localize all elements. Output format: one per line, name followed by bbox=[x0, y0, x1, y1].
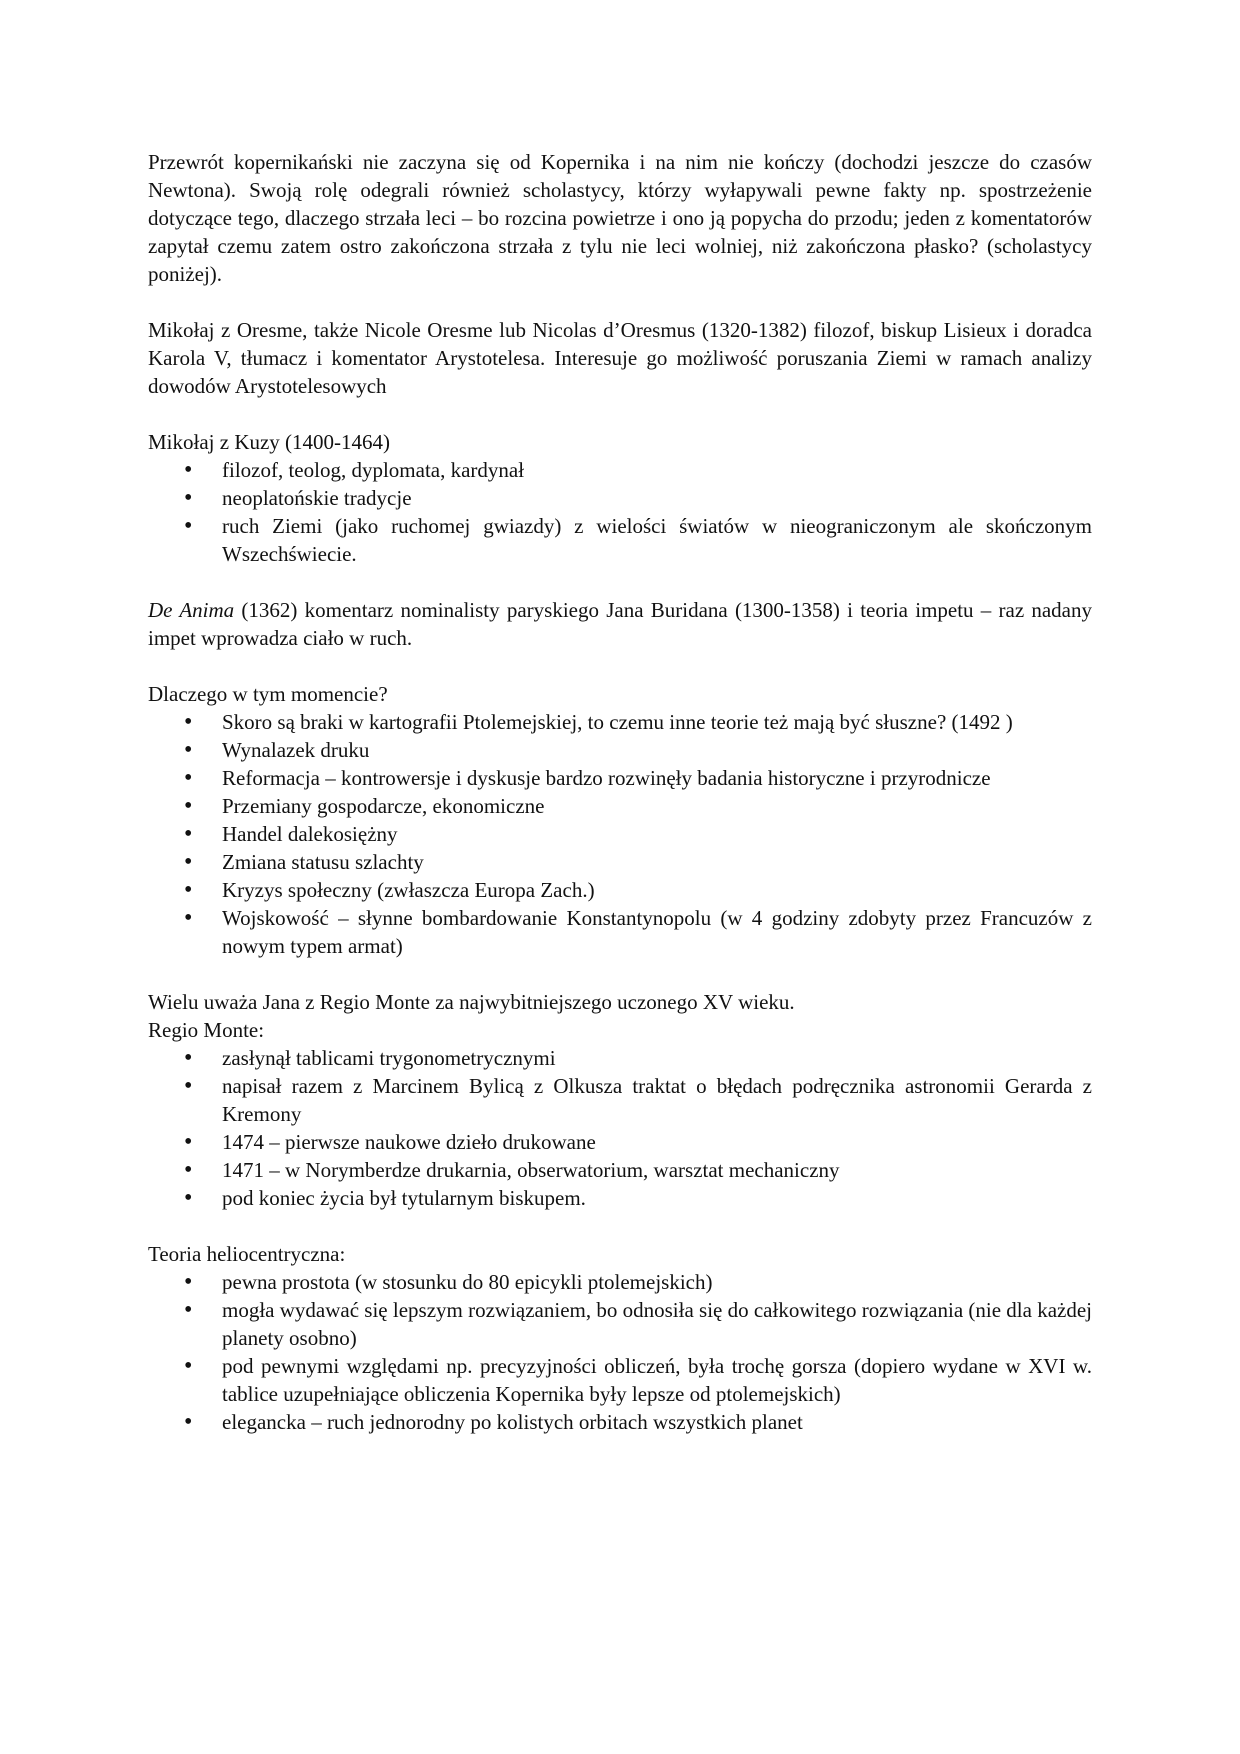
list-item: Przemiany gospodarcze, ekonomiczne bbox=[222, 792, 1092, 820]
list-item: ruch Ziemi (jako ruchomej gwiazdy) z wie… bbox=[222, 512, 1092, 568]
list-item: 1471 – w Norymberdze drukarnia, obserwat… bbox=[222, 1156, 1092, 1184]
list-kuza: filozof, teolog, dyplomata, kardynałneop… bbox=[148, 456, 1092, 568]
document-page: Przewrót kopernikański nie zaczyna się o… bbox=[148, 148, 1092, 1464]
list-helio: pewna prostota (w stosunku do 80 epicykl… bbox=[148, 1268, 1092, 1436]
list-item: Reformacja – kontrowersje i dyskusje bar… bbox=[222, 764, 1092, 792]
list-item: filozof, teolog, dyplomata, kardynał bbox=[222, 456, 1092, 484]
paragraph-oresme: Mikołaj z Oresme, także Nicole Oresme lu… bbox=[148, 316, 1092, 400]
list-item: elegancka – ruch jednorodny po kolistych… bbox=[222, 1408, 1092, 1436]
list-item: Skoro są braki w kartografii Ptolemejski… bbox=[222, 708, 1092, 736]
list-item: neoplatońskie tradycje bbox=[222, 484, 1092, 512]
list-item: pod pewnymi względami np. precyzyjności … bbox=[222, 1352, 1092, 1408]
list-item: pewna prostota (w stosunku do 80 epicykl… bbox=[222, 1268, 1092, 1296]
list-item: mogła wydawać się lepszym rozwiązaniem, … bbox=[222, 1296, 1092, 1352]
list-regio: zasłynął tablicami trygonometrycznyminap… bbox=[148, 1044, 1092, 1212]
heading-kuza: Mikołaj z Kuzy (1400-1464) bbox=[148, 428, 1092, 456]
heading-helio: Teoria heliocentryczna: bbox=[148, 1240, 1092, 1268]
de-anima-text: (1362) komentarz nominalisty paryskiego … bbox=[148, 598, 1092, 650]
title-de-anima: De Anima bbox=[148, 598, 234, 622]
list-item: Wynalazek druku bbox=[222, 736, 1092, 764]
list-item: napisał razem z Marcinem Bylicą z Olkusz… bbox=[222, 1072, 1092, 1128]
list-item: 1474 – pierwsze naukowe dzieło drukowane bbox=[222, 1128, 1092, 1156]
list-item: pod koniec życia był tytularnym biskupem… bbox=[222, 1184, 1092, 1212]
heading-regio: Regio Monte: bbox=[148, 1016, 1092, 1044]
paragraph-regio-intro: Wielu uważa Jana z Regio Monte za najwyb… bbox=[148, 988, 1092, 1016]
list-item: zasłynął tablicami trygonometrycznymi bbox=[222, 1044, 1092, 1072]
list-item: Wojskowość – słynne bombardowanie Konsta… bbox=[222, 904, 1092, 960]
list-why: Skoro są braki w kartografii Ptolemejski… bbox=[148, 708, 1092, 960]
list-item: Kryzys społeczny (zwłaszcza Europa Zach.… bbox=[222, 876, 1092, 904]
list-item: Handel dalekosiężny bbox=[222, 820, 1092, 848]
list-item: Zmiana statusu szlachty bbox=[222, 848, 1092, 876]
paragraph-de-anima: De Anima (1362) komentarz nominalisty pa… bbox=[148, 596, 1092, 652]
paragraph-intro: Przewrót kopernikański nie zaczyna się o… bbox=[148, 148, 1092, 288]
heading-why: Dlaczego w tym momencie? bbox=[148, 680, 1092, 708]
